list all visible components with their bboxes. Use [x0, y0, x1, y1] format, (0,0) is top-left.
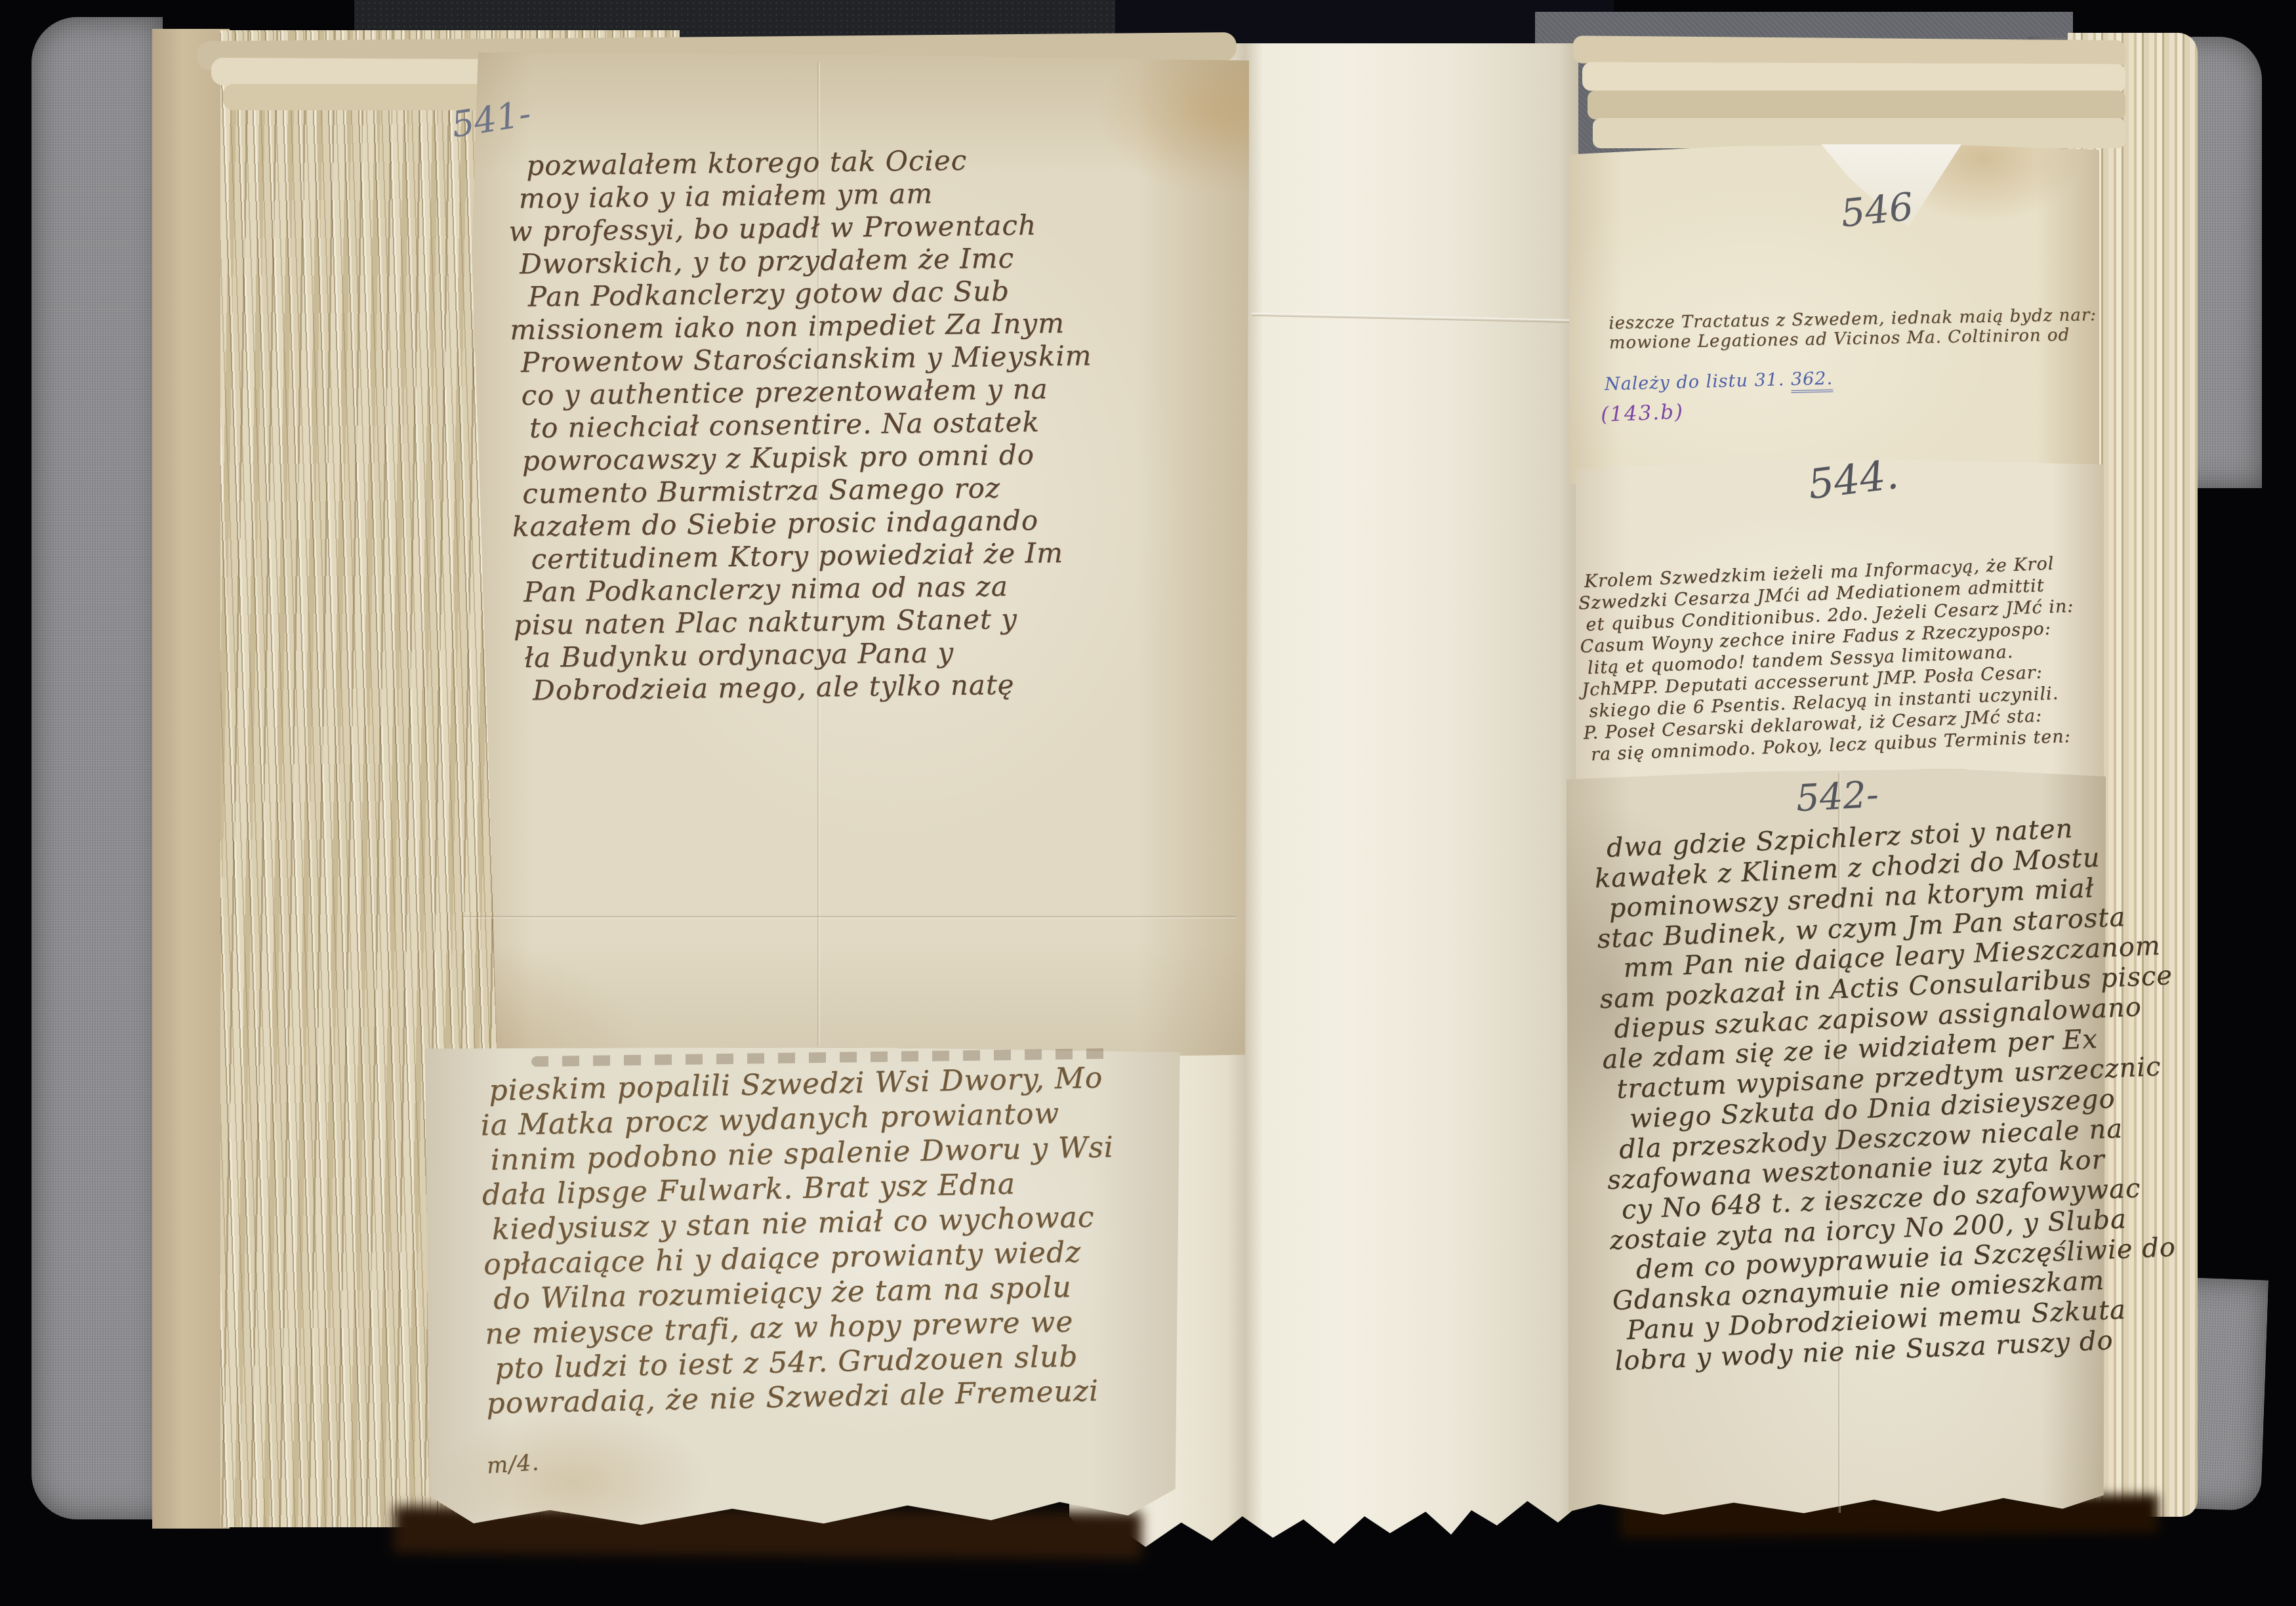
manuscript-text-block-544: Krolem Szwedzkim ieżeli ma Informacyą, ż… — [1584, 552, 2079, 766]
manuscript-text-block-541: pozwalałem ktorego tak Ociec moy iako y … — [518, 142, 1187, 707]
page-top-edge-strip — [1593, 118, 2125, 148]
page-number-546: 546 — [1839, 184, 1916, 236]
quire-mark: m/4. — [486, 1449, 541, 1479]
page-top-edge-strip — [1582, 62, 2125, 93]
archival-note-number: 362. — [1791, 368, 1834, 393]
book-cover-left-board — [31, 17, 163, 1519]
manuscript-text-block-lower-left: pieskim popalili Szwedzi Wsi Dwory, Mo i… — [489, 1060, 1119, 1421]
fold-crease — [462, 916, 1237, 918]
manuscript-text-block-542: dwa gdzie Szpichlerz stoi y naten kawałe… — [1606, 810, 2188, 1376]
manuscript-photograph: 541- pozwalałem ktorego tak Ociec moy ia… — [0, 0, 2296, 1606]
archival-ref-purple: (143.b) — [1600, 400, 1684, 426]
page-top-edge-strip — [1588, 91, 2125, 119]
page-number-542: 542- — [1795, 773, 1879, 820]
left-endpaper — [152, 29, 230, 1529]
